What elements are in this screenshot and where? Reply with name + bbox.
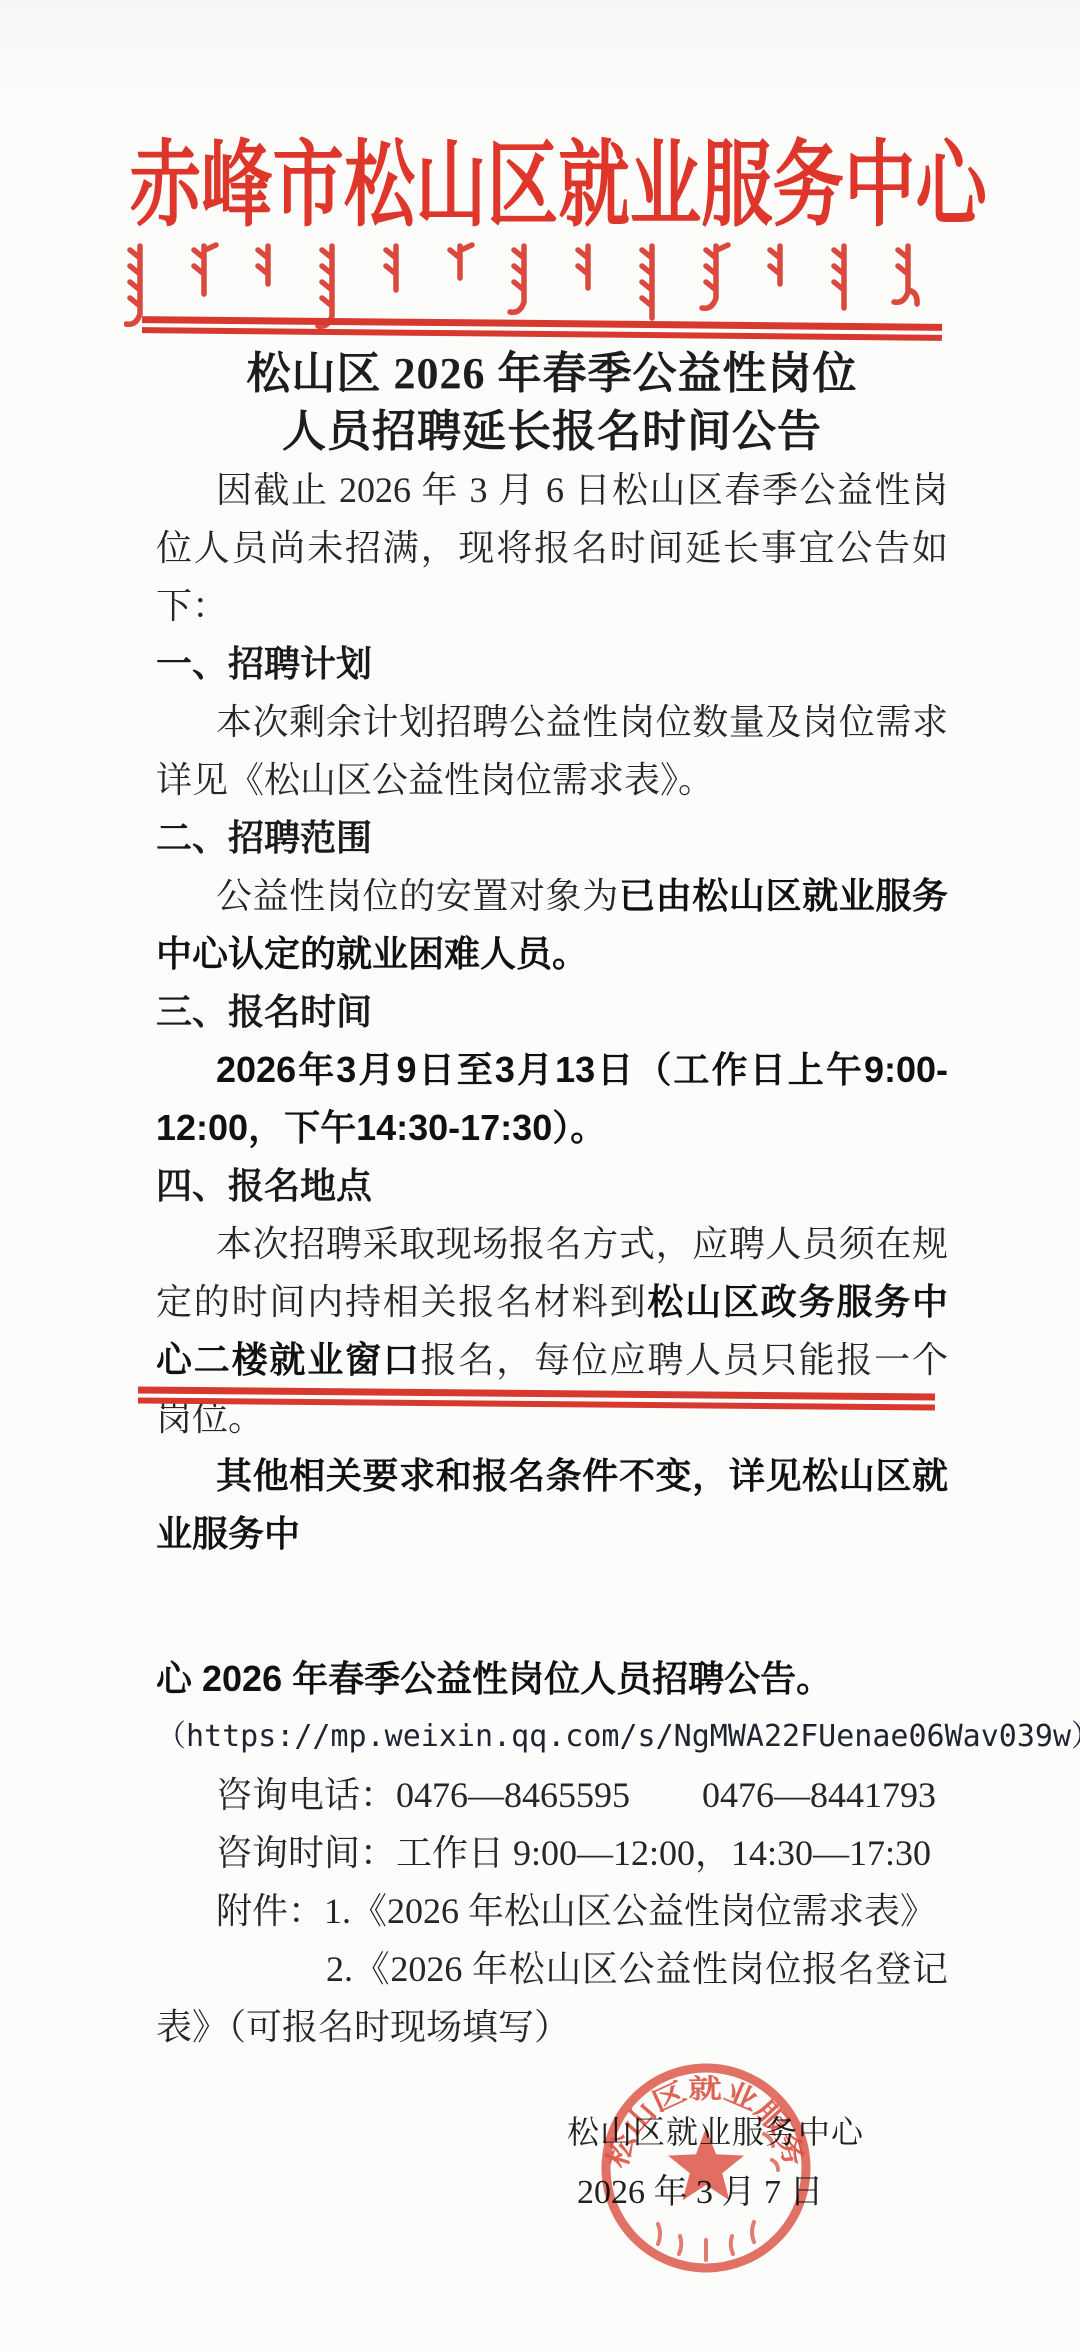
paragraph-intro: 因截止 2026 年 3 月 6 日松山区春季公益性岗位人员尚未招满，现将报名时… <box>156 461 948 635</box>
paragraph-other-requirements: 其他相关要求和报名条件不变，详见松山区就业服务中 <box>156 1447 948 1563</box>
document-title-line-1: 松山区 2026 年春季公益性岗位 <box>156 345 948 403</box>
announcement-url: （https://mp.weixin.qq.com/s/NgMWA22FUena… <box>156 1708 948 1766</box>
section-heading-2: 二、招聘范围 <box>156 809 948 867</box>
phone-line: 咨询电话：0476—8465595 0476—8441793 <box>156 1766 948 1824</box>
body-text: 公益性岗位的安置对象为 <box>216 876 619 916</box>
section-heading-4: 四、报名地点 <box>156 1157 948 1215</box>
section-heading-1: 一、招聘计划 <box>156 635 948 693</box>
hours-line: 咨询时间：工作日 9:00—12:00，14:30—17:30 <box>156 1824 948 1882</box>
paragraph-recruit-plan: 本次剩余计划招聘公益性岗位数量及岗位需求详见《松山区公益性岗位需求表》。 <box>156 693 948 809</box>
document-body: 松山区 2026 年春季公益性岗位 人员招聘延长报名时间公告 因截止 2026 … <box>156 345 948 1563</box>
paragraph-signup-time: 2026年3月9日至3月13日（工作日上午9:00-12:00，下午14:30-… <box>156 1041 948 1157</box>
seal-star-icon <box>668 2128 744 2200</box>
document-body-continuation: 心 2026 年春季公益性岗位人员招聘公告。 （https://mp.weixi… <box>156 1650 948 2056</box>
section-heading-3: 三、报名时间 <box>156 983 948 1041</box>
paragraph-continuation: 心 2026 年春季公益性岗位人员招聘公告。 <box>156 1650 948 1708</box>
letterhead-org-name: 赤峰市松山区就业服务中心 <box>130 138 951 234</box>
official-seal: 松山区就业服务中心 <box>596 2056 816 2278</box>
seal-mongolian-marks <box>658 2134 778 2260</box>
attachment-line-2: 2.《2026 年松山区公益性岗位报名登记表》（可报名时现场填写） <box>156 1940 948 2056</box>
paragraph-recruit-scope: 公益性岗位的安置对象为已由松山区就业服务中心认定的就业困难人员。 <box>156 867 948 983</box>
paragraph-signup-place: 本次招聘采取现场报名方式，应聘人员须在规定的时间内持相关报名材料到松山区政务服务… <box>156 1215 948 1447</box>
official-seal-svg: 松山区就业服务中心 <box>596 2056 816 2278</box>
document-page: 赤峰市松山区就业服务中心 松山区 2026 年春季公益性岗位 人员招聘延长报名时… <box>0 0 1080 2352</box>
attachment-line-1: 附件：1.《2026 年松山区公益性岗位需求表》 <box>156 1882 948 1940</box>
document-title-line-2: 人员招聘延长报名时间公告 <box>156 403 948 461</box>
